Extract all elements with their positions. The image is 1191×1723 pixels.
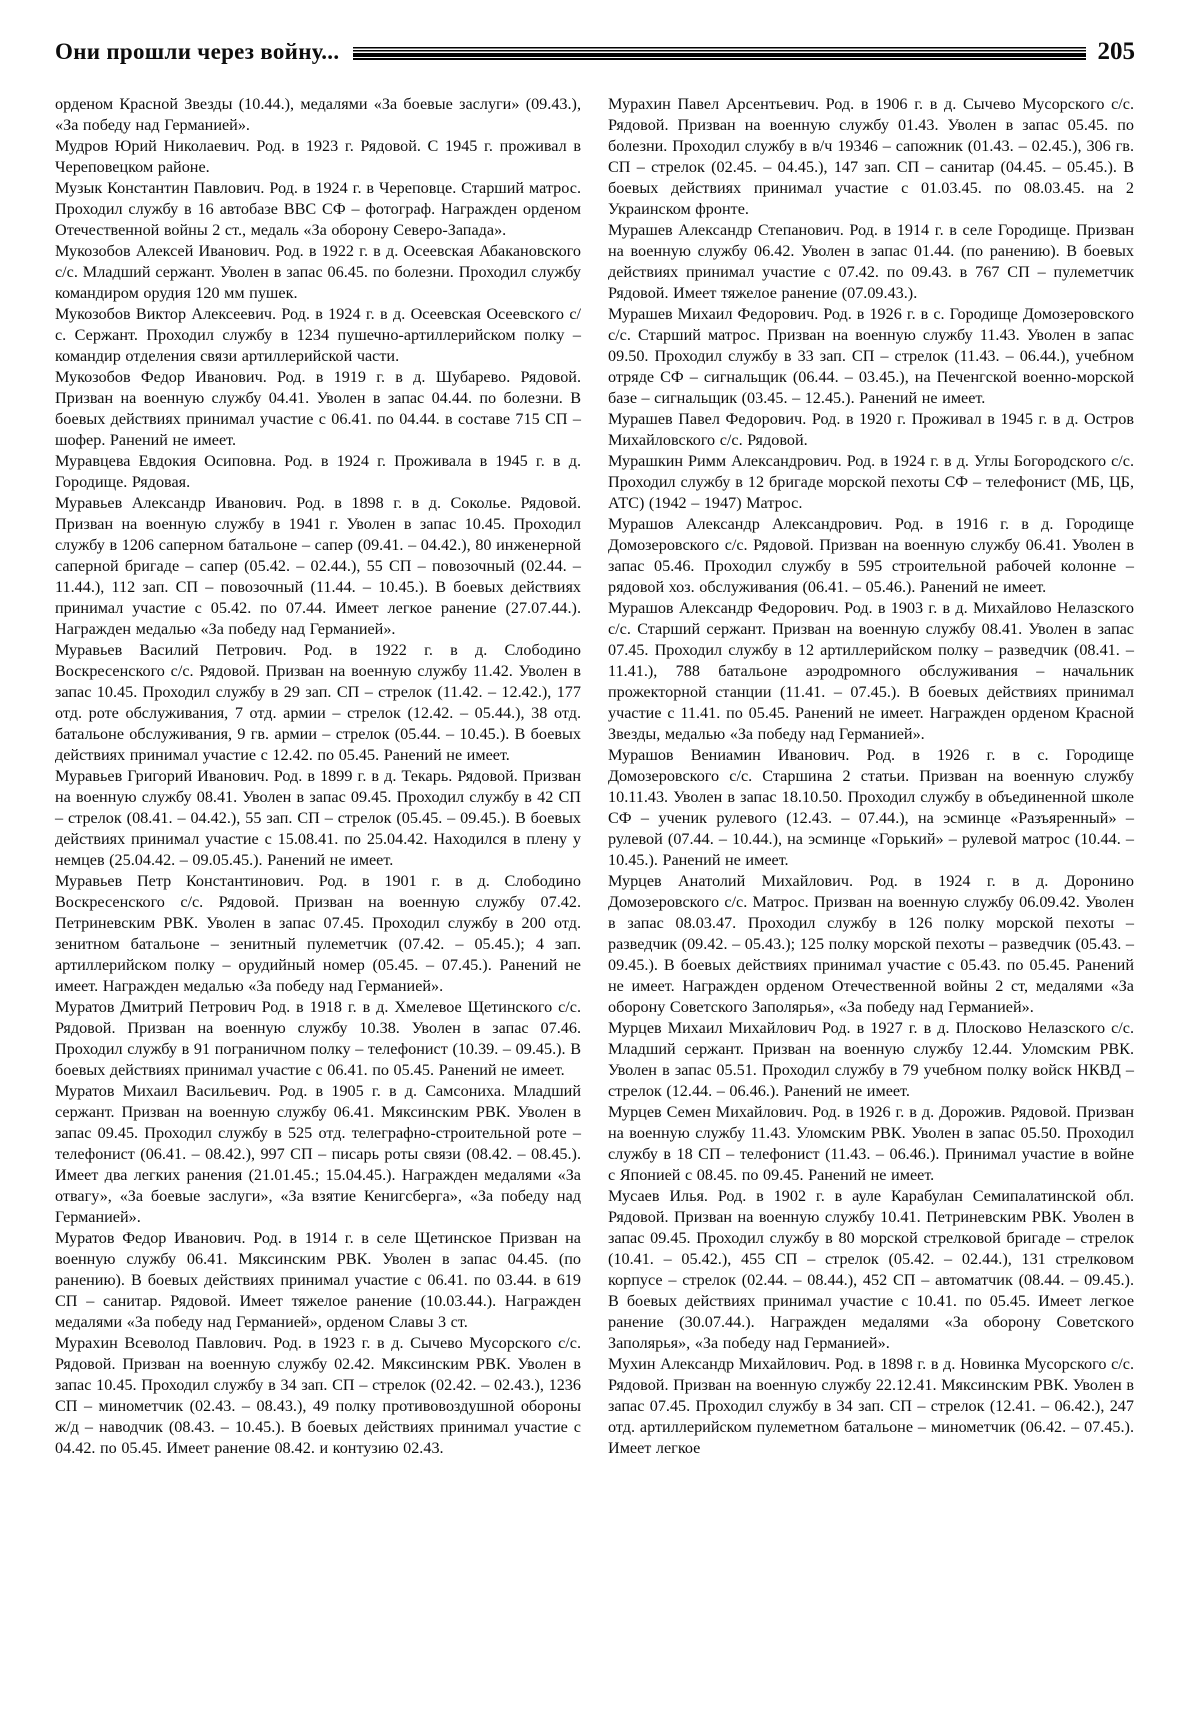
entry-paragraph: Мурахин Всеволод Павлович. Род. в 1923 г… xyxy=(55,1333,581,1459)
entry-paragraph: Муравьев Александр Иванович. Род. в 1898… xyxy=(55,493,581,640)
entry-paragraph: Муравьев Петр Константинович. Род. в 190… xyxy=(55,871,581,997)
running-header: Они прошли через войну... 205 xyxy=(55,36,1135,68)
entry-paragraph: Муратов Федор Иванович. Род. в 1914 г. в… xyxy=(55,1228,581,1333)
entry-paragraph: Мурашев Михаил Федорович. Род. в 1926 г.… xyxy=(608,304,1134,409)
entry-paragraph: Мурцев Анатолий Михайлович. Род. в 1924 … xyxy=(608,871,1134,1018)
page-number: 205 xyxy=(1098,38,1136,66)
entry-paragraph: Муратов Михаил Васильевич. Род. в 1905 г… xyxy=(55,1081,581,1228)
running-header-title: Они прошли через войну... xyxy=(55,39,339,65)
entry-paragraph: Муравцева Евдокия Осиповна. Род. в 1924 … xyxy=(55,451,581,493)
entry-paragraph: Мухин Александр Михайлович. Род. в 1898 … xyxy=(608,1354,1134,1459)
entry-paragraph: Мурцев Семен Михайлович. Род. в 1926 г. … xyxy=(608,1102,1134,1186)
entry-paragraph: Мусаев Илья. Род. в 1902 г. в ауле Караб… xyxy=(608,1186,1134,1354)
entry-paragraph: Мукозобов Виктор Алексеевич. Род. в 1924… xyxy=(55,304,581,367)
entry-paragraph: Мурашов Вениамин Иванович. Род. в 1926 г… xyxy=(608,745,1134,871)
entry-paragraph: Мурашкин Римм Александрович. Род. в 1924… xyxy=(608,451,1134,514)
entry-paragraph: Мурахин Павел Арсентьевич. Род. в 1906 г… xyxy=(608,94,1134,220)
right-column: Мурахин Павел Арсентьевич. Род. в 1906 г… xyxy=(608,94,1134,1459)
book-page: Они прошли через войну... 205 орденом Кр… xyxy=(0,0,1191,1723)
left-column: орденом Красной Звезды (10.44.), медалям… xyxy=(55,94,581,1459)
entry-paragraph: Мудров Юрий Николаевич. Род. в 1923 г. Р… xyxy=(55,136,581,178)
entry-paragraph: Мукозобов Алексей Иванович. Род. в 1922 … xyxy=(55,241,581,304)
decorative-rule xyxy=(353,47,1085,60)
entry-paragraph: Мурашев Александр Степанович. Род. в 191… xyxy=(608,220,1134,304)
entry-paragraph: Мурашов Александр Александрович. Род. в … xyxy=(608,514,1134,598)
entry-paragraph: Мурцев Михаил Михайлович Род. в 1927 г. … xyxy=(608,1018,1134,1102)
entry-paragraph: Мукозобов Федор Иванович. Род. в 1919 г.… xyxy=(55,367,581,451)
entry-paragraph: Мурашов Александр Федорович. Род. в 1903… xyxy=(608,598,1134,745)
entry-paragraph: орденом Красной Звезды (10.44.), медалям… xyxy=(55,94,581,136)
entry-paragraph: Муратов Дмитрий Петрович Род. в 1918 г. … xyxy=(55,997,581,1081)
entry-paragraph: Мурашев Павел Федорович. Род. в 1920 г. … xyxy=(608,409,1134,451)
entry-paragraph: Муравьев Григорий Иванович. Род. в 1899 … xyxy=(55,766,581,871)
entry-paragraph: Муравьев Василий Петрович. Род. в 1922 г… xyxy=(55,640,581,766)
entry-paragraph: Музык Константин Павлович. Род. в 1924 г… xyxy=(55,178,581,241)
text-columns: орденом Красной Звезды (10.44.), медалям… xyxy=(55,94,1135,1459)
